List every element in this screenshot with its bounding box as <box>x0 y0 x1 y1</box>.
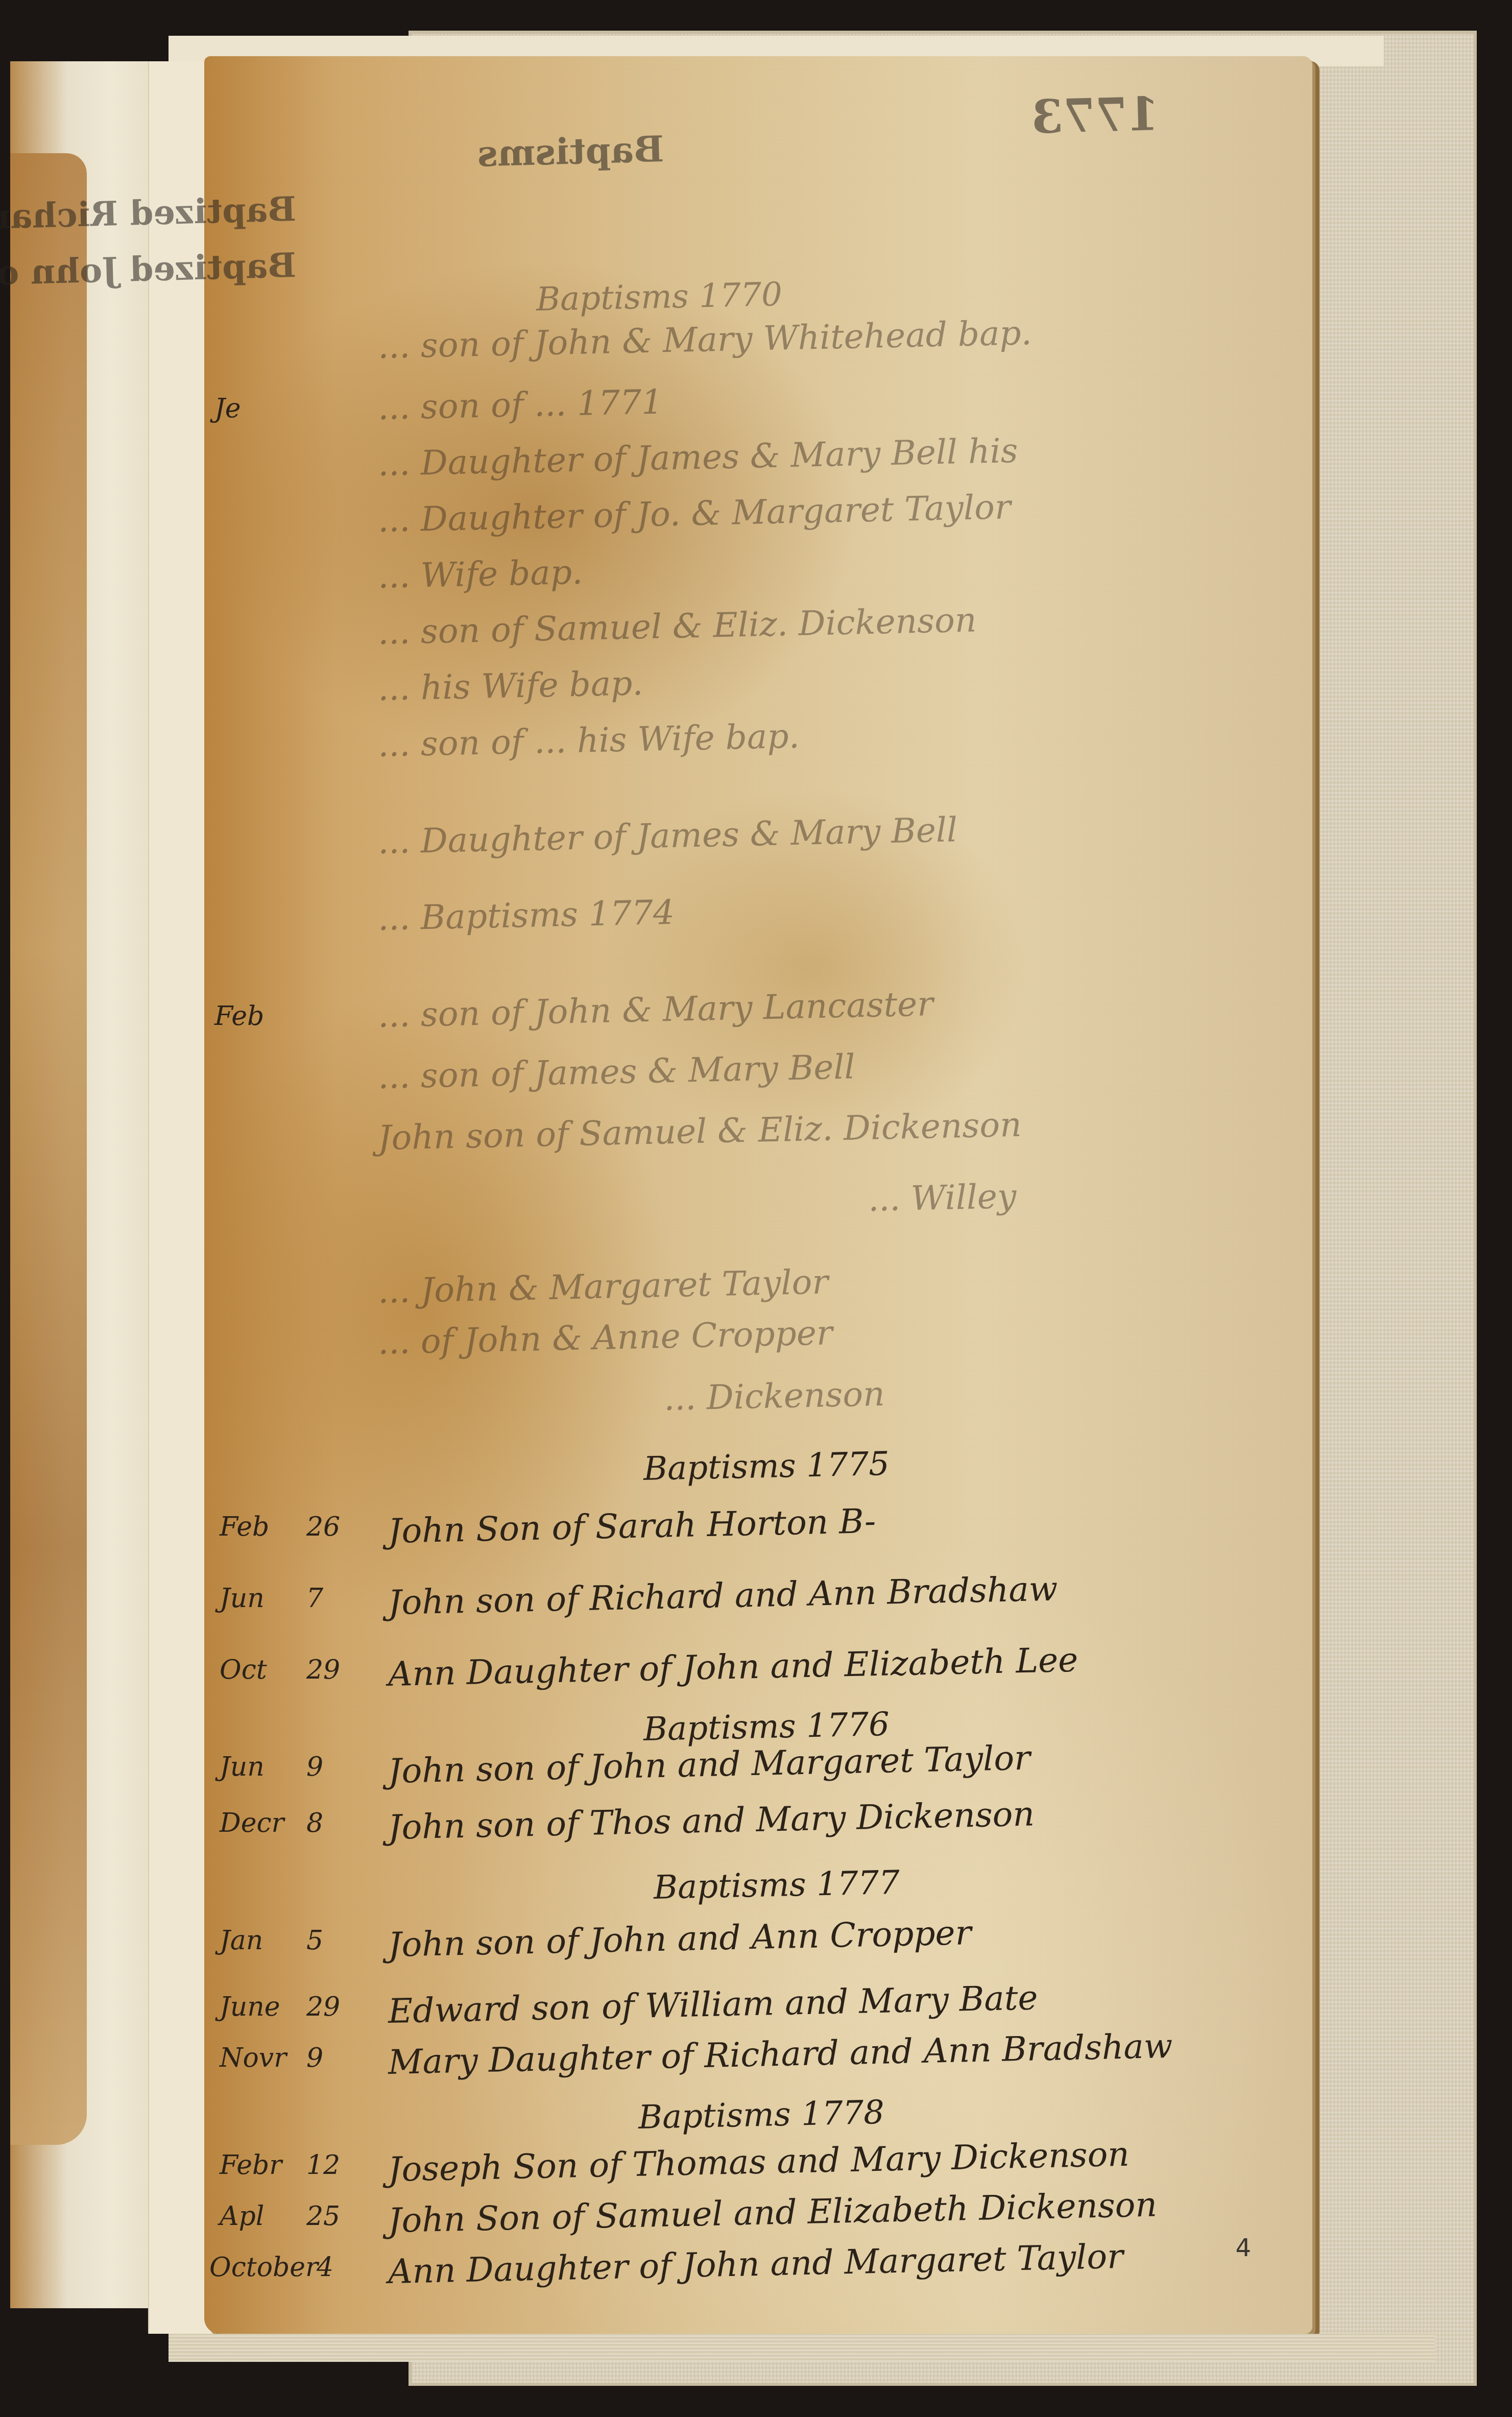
entry-month: Feb <box>220 1512 269 1542</box>
entry-text: Ann Daughter of John and Margaret Taylor <box>388 2237 1123 2291</box>
entry-text: Joseph Son of Thomas and Mary Dickenson <box>388 2135 1130 2189</box>
entry-text: John Son of Sarah Horton B- <box>388 1501 876 1551</box>
faded-margin: Je <box>214 393 241 424</box>
faded-entry: ... his Wife bap. <box>377 663 643 708</box>
faded-entry: ... Daughter of James & Mary Bell his <box>377 431 1018 484</box>
entry-month: Jun <box>220 1752 265 1782</box>
entry-text: John son of Thos and Mary Dickenson <box>388 1794 1035 1847</box>
entry-text: John Son of Samuel and Elizabeth Dickens… <box>388 2185 1157 2240</box>
section-heading: Baptisms 1777 <box>653 1864 900 1907</box>
faded-entry: ... Willey <box>868 1177 1017 1219</box>
bleed-line: Baptisms <box>477 128 664 175</box>
section-heading: Baptisms 1778 <box>638 2094 884 2137</box>
faded-entry: ... son of James & Mary Bell <box>377 1047 855 1096</box>
entry-month: June <box>220 1992 280 2022</box>
entry-text: Ann Daughter of John and Elizabeth Lee <box>388 1640 1078 1694</box>
facing-leaf-fragment <box>10 153 87 2145</box>
entry-month: Jan <box>220 1925 263 1956</box>
entry-day: 25 <box>306 2201 340 2232</box>
faded-heading: Baptisms 1770 <box>536 276 782 319</box>
faded-entry: John son of Samuel & Eliz. Dickenson <box>377 1105 1022 1158</box>
faded-entry: ... Wife bap. <box>377 553 583 596</box>
bleed-year: 1773 <box>1030 87 1160 145</box>
entry-text: Edward son of William and Mary Bate <box>388 1978 1038 2031</box>
entry-day: 5 <box>306 1925 323 1956</box>
faded-entry: ... John & Margaret Taylor <box>377 1262 828 1311</box>
entry-day: 12 <box>306 2150 340 2181</box>
faded-entry: ... Daughter of James & Mary Bell <box>377 810 958 861</box>
faded-entry: ... son of John & Mary Whitehead bap. <box>377 313 1032 366</box>
faded-entry: ... Baptisms 1774 <box>377 893 675 938</box>
entry-month: October <box>209 2252 318 2283</box>
faded-margin: Feb <box>214 1001 264 1032</box>
entry-month: Oct <box>220 1655 267 1685</box>
faded-entry: ... son of ... 1771 <box>377 382 663 427</box>
entry-day: 8 <box>306 1808 323 1838</box>
entry-text: John son of Richard and Ann Bradshaw <box>388 1569 1058 1622</box>
faded-entry: ... son of ... his Wife bap. <box>377 716 800 764</box>
entry-day: 9 <box>306 1752 323 1782</box>
entry-month: Jun <box>220 1583 265 1614</box>
faded-entry: ... son of Samuel & Eliz. Dickenson <box>377 600 977 652</box>
entry-day: 4 <box>317 2252 333 2283</box>
entry-day: 26 <box>306 1512 340 1542</box>
section-heading: Baptisms 1775 <box>643 1445 890 1488</box>
entry-day: 9 <box>306 2043 323 2073</box>
mount-strip-bottom <box>169 2334 1435 2362</box>
page-number: 4 <box>1235 2234 1251 2262</box>
entry-text: John son of John and Margaret Taylor <box>388 1738 1030 1791</box>
entry-day: 29 <box>306 1655 340 1685</box>
entry-text: Mary Daughter of Richard and Ann Bradsha… <box>388 2026 1173 2082</box>
entry-month: Apl <box>220 2201 264 2232</box>
faded-entry: ... Daughter of Jo. & Margaret Taylor <box>377 487 1011 540</box>
entry-day: 7 <box>306 1583 323 1614</box>
entry-month: Febr <box>220 2150 282 2181</box>
register-page: 1773 Baptisms Baptized Richard of John &… <box>204 56 1312 2334</box>
entry-day: 29 <box>306 1992 340 2022</box>
entry-month: Decr <box>220 1808 284 1838</box>
entry-month: Novr <box>220 2043 286 2073</box>
faded-entry: ... Dickenson <box>663 1374 885 1418</box>
faded-entry: ... of John & Anne Cropper <box>377 1313 833 1362</box>
entry-text: John son of John and Ann Cropper <box>388 1913 972 1965</box>
faded-entry: ... son of John & Mary Lancaster <box>377 984 933 1035</box>
